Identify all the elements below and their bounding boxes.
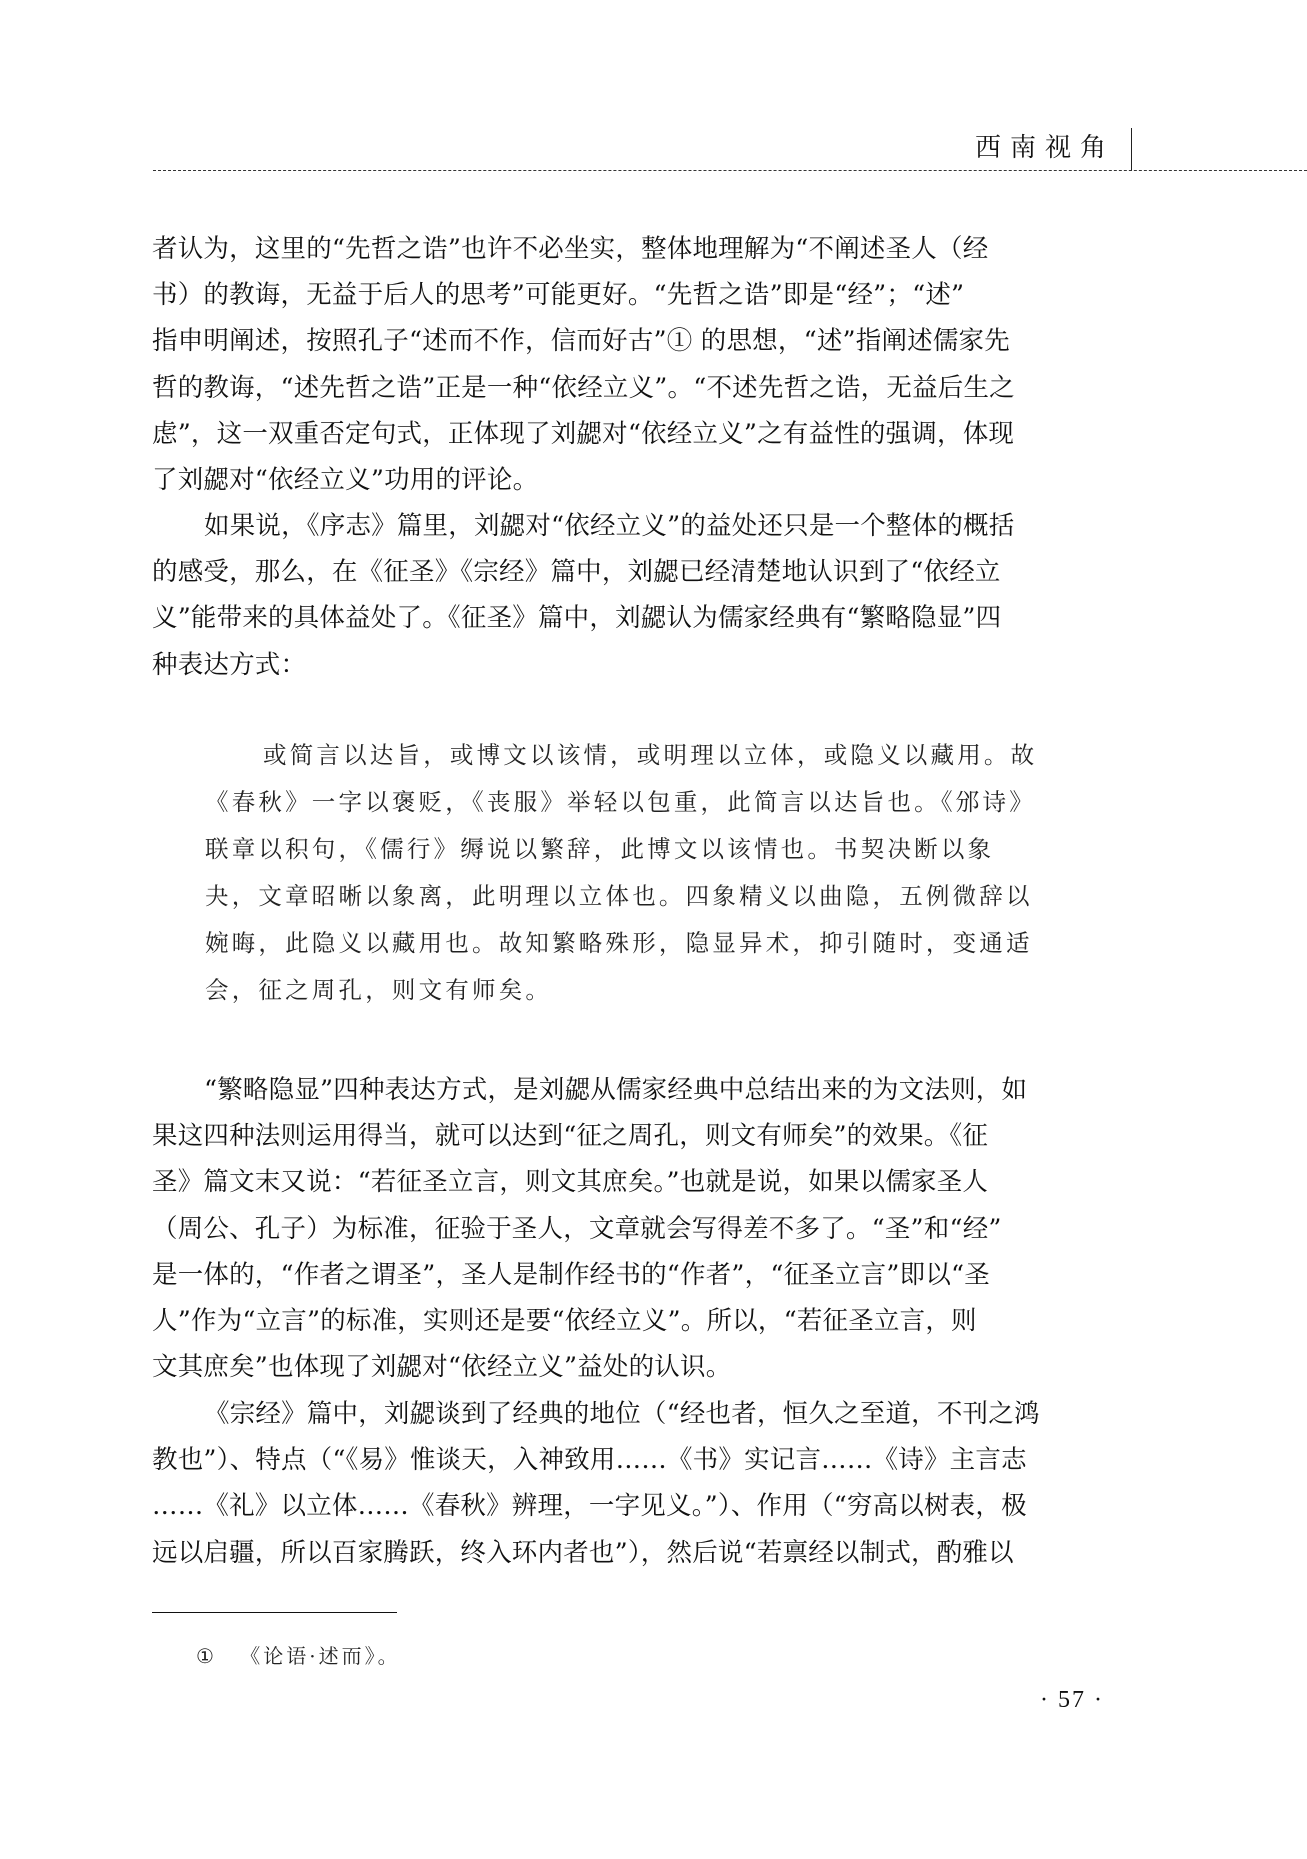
quote-line: 联章以积句，《儒行》缛说以繁辞，此博文以该情也。书契决断以象 [205, 834, 994, 864]
footnote-text: 《论语·述而》。 [240, 1644, 400, 1668]
section-title: 西南视角 [975, 131, 1115, 165]
page-number: · 57 · [1040, 1687, 1104, 1714]
quote-line: 婉晦，此隐义以藏用也。故知繁略殊形，隐显异术，抑引随时，变通适 [205, 928, 1033, 958]
text-line: 果这四种法则运用得当，就可以达到“征之周孔，则文有师矣”的效果。《征 [152, 1121, 1132, 1151]
text-line: 义”能带来的具体益处了。《征圣》篇中，刘勰认为儒家经典有“繁略隐显”四 [152, 603, 1132, 633]
text-line: 如果说，《序志》篇里，刘勰对“依经立义”的益处还只是一个整体的概括 [152, 511, 1132, 541]
text-line: 远以启疆，所以百家腾跃，终入环内者也”），然后说“若禀经以制式，酌雅以 [152, 1538, 1132, 1568]
text-line: ……《礼》以立体……《春秋》辨理，一字见义。”）、作用（“穷高以树表，极 [152, 1491, 1132, 1521]
running-head: 西南视角 [0, 0, 1307, 175]
header-dashed-rule [153, 170, 1307, 171]
footnote: ① 《论语·述而》。 [196, 1640, 401, 1669]
text-line: 书）的教诲，无益于后人的思考”可能更好。“先哲之诰”即是“经”；“述” [152, 280, 1132, 310]
quote-line: 或简言以达旨，或博文以该情，或明理以立体，或隐义以藏用。故 [205, 740, 1037, 770]
text-line: 哲的教诲，“述先哲之诰”正是一种“依经立义”。“不述先哲之诰，无益后生之 [152, 373, 1132, 403]
footnote-marker: ① [196, 1644, 217, 1668]
text-line: （周公、孔子）为标准，征验于圣人，文章就会写得差不多了。“圣”和“经” [152, 1214, 1132, 1244]
quote-line: 《春秋》一字以褒贬，《丧服》举轻以包重，此简言以达旨也。《邠诗》 [205, 787, 1036, 817]
text-line-with-footnote-ref: 指申明阐述，按照孔子“述而不作，信而好古”① 的思想，“述”指阐述儒家先 [152, 326, 1132, 356]
text-line: 圣》篇文末又说：“若征圣立言，则文其庶矣。”也就是说，如果以儒家圣人 [152, 1167, 1132, 1197]
text-line: 文其庶矣”也体现了刘勰对“依经立义”益处的认识。 [152, 1352, 1132, 1382]
quote-line: 会，征之周孔，则文有师矣。 [205, 975, 552, 1005]
text-line: 了刘勰对“依经立义”功用的评论。 [152, 465, 1132, 495]
text-line: 虑”，这一双重否定句式，正体现了刘勰对“依经立义”之有益性的强调，体现 [152, 419, 1132, 449]
footnote-separator [152, 1612, 397, 1613]
text-line: 人”作为“立言”的标准，实则还是要“依经立义”。所以，“若征圣立言，则 [152, 1306, 1132, 1336]
text-line: 是一体的，“作者之谓圣”，圣人是制作经书的“作者”，“征圣立言”即以“圣 [152, 1260, 1132, 1290]
text-line: 的感受，那么，在《征圣》《宗经》篇中，刘勰已经清楚地认识到了“依经立 [152, 557, 1132, 587]
text-line: “繁略隐显”四种表达方式，是刘勰从儒家经典中总结出来的为文法则，如 [152, 1075, 1132, 1105]
text-line-content: 指申明阐述，按照孔子“述而不作，信而好古”① 的思想，“述”指阐述儒家先 [152, 326, 1010, 356]
text-line: 《宗经》篇中，刘勰谈到了经典的地位（“经也者，恒久之至道，不刊之鸿 [152, 1399, 1132, 1429]
text-line: 者认为，这里的“先哲之诰”也许不必坐实，整体地理解为“不阐述圣人（经 [152, 234, 1132, 264]
header-vertical-rule [1131, 128, 1132, 171]
text-line: 教也”）、特点（“《易》惟谈天，入神致用……《书》实记言……《诗》主言志 [152, 1445, 1132, 1475]
quote-line: 夬，文章昭晰以象离，此明理以立体也。四象精义以曲隐，五例微辞以 [205, 881, 1033, 911]
text-line: 种表达方式： [152, 650, 1132, 680]
